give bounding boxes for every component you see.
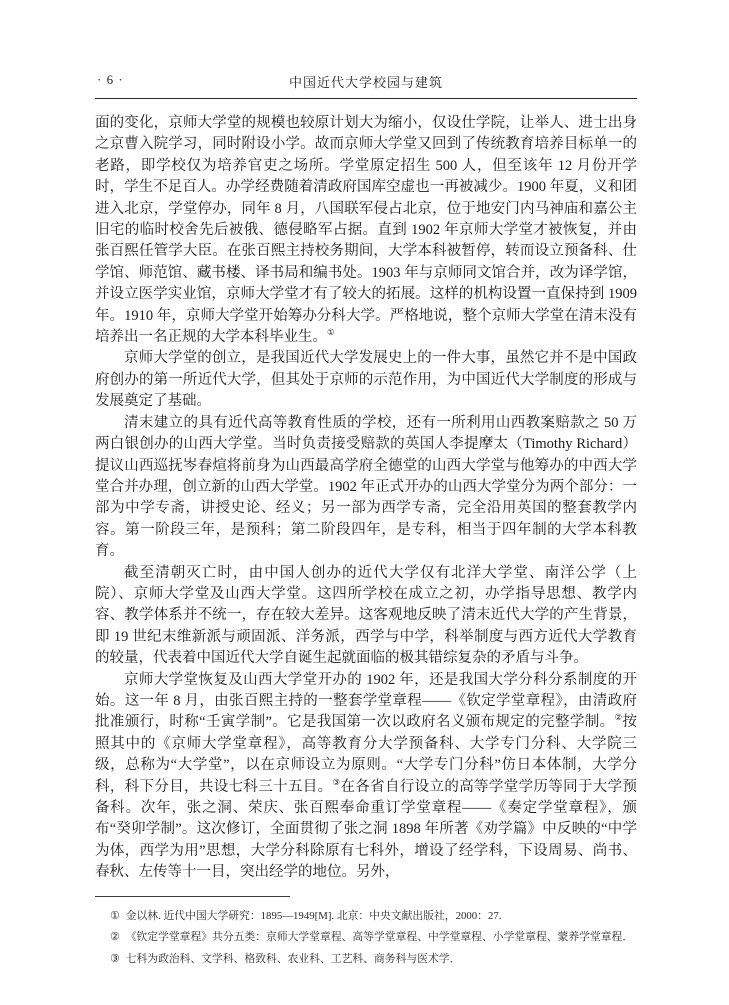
header-rule [95,98,637,99]
footnote-reference: ③ [333,777,341,787]
footnote-list: ①金以林. 近代中国大学研究：1895—1949[M]. 北京：中央文献出版社，… [95,906,637,971]
footnote-area: ①金以林. 近代中国大学研究：1895—1949[M]. 北京：中央文献出版社，… [95,896,637,971]
footnote-reference: ① [327,327,335,337]
book-title: 中国近代大学校园与建筑 [95,72,637,91]
book-page: · 6 · 中国近代大学校园与建筑 面的变化，京师大学堂的规模也较原计划大为缩小… [0,0,729,1005]
footnote-separator [95,896,290,897]
footnote-text: 《钦定学堂章程》共分五类：京师大学堂章程、高等学堂章程、中学堂章程、小学堂章程、… [126,931,633,943]
body-paragraph: 截至清朝灭亡时，由中国人创办的近代大学仅有北洋大学堂、南洋公学（上院）、京师大学… [95,563,637,670]
footnote: ③七科为政治科、文学科、格致科、农业科、工艺科、商务科与医术学． [110,949,637,971]
body-paragraph: 面的变化，京师大学堂的规模也较原计划大为缩小，仅设仕学院，让举人、进士出身之京曹… [95,113,637,348]
footnote-marker: ② [110,931,120,943]
footnote-text: 七科为政治科、文学科、格致科、农业科、工艺科、商务科与医术学． [126,953,461,965]
footnote-marker: ① [110,910,120,922]
footnote-text: 金以林. 近代中国大学研究：1895—1949[M]. 北京：中央文献出版社，2… [126,910,502,922]
footnote: ②《钦定学堂章程》共分五类：京师大学堂章程、高等学堂章程、中学堂章程、小学堂章程… [110,927,637,949]
footnote: ①金以林. 近代中国大学研究：1895—1949[M]. 北京：中央文献出版社，… [110,906,637,928]
footnote-reference: ② [615,713,623,723]
running-header: · 6 · 中国近代大学校园与建筑 [95,70,637,92]
body-paragraph: 清末建立的具有近代高等教育性质的学校，还有一所利用山西教案赔款之 50 万两白银… [95,413,637,563]
footnote-marker: ③ [110,953,120,965]
page-body: 面的变化，京师大学堂的规模也较原计划大为缩小，仅设仕学院，让举人、进士出身之京曹… [95,113,637,884]
body-paragraph: 京师大学堂恢复及山西大学堂开办的 1902 年，还是我国大学分科分系制度的开始。… [95,670,637,884]
body-paragraph: 京师大学堂的创立，是我国近代大学发展史上的一件大事，虽然它并不是中国政府创办的第… [95,348,637,412]
